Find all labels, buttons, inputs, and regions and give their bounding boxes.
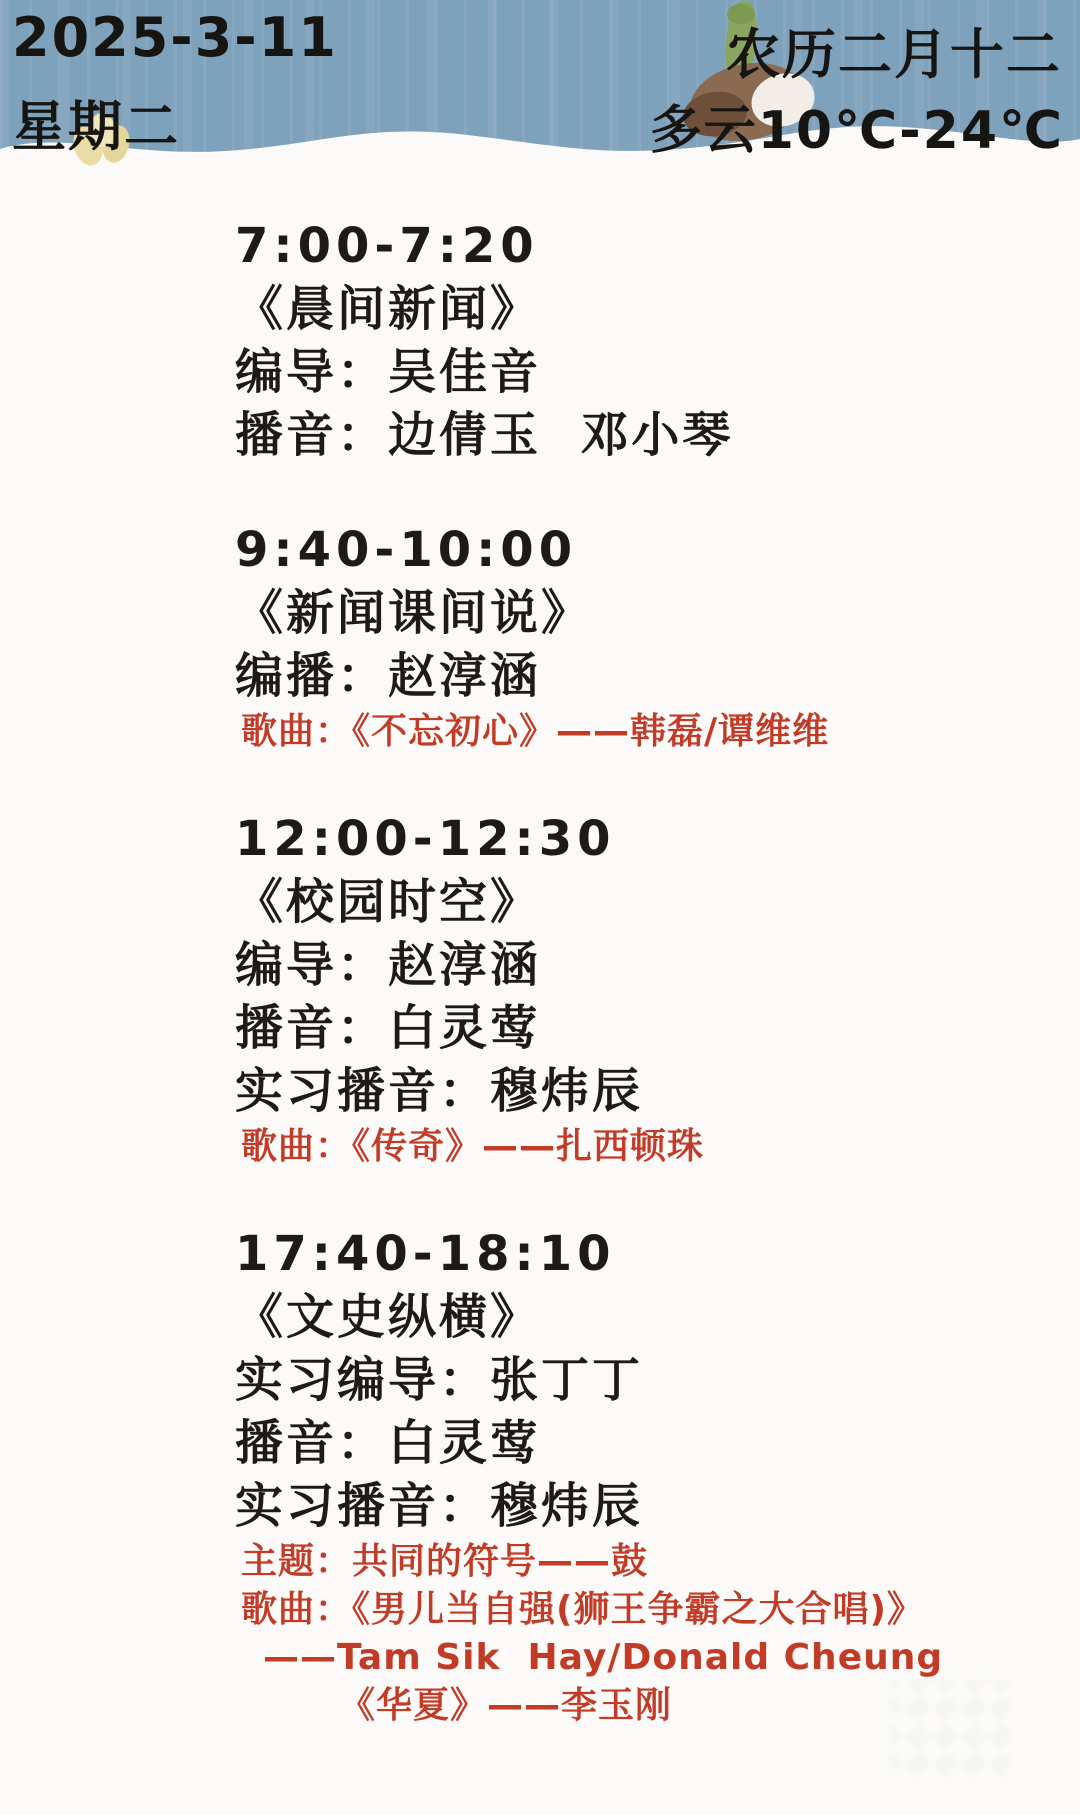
program-time: 17:40-18:10 <box>235 1223 1050 1286</box>
header-date: 2025-3-11 <box>12 6 338 69</box>
program-crew: 实习编导：张丁丁 <box>235 1349 1050 1412</box>
program-song: 歌曲：《男儿当自强(狮王争霸之大合唱)》 <box>241 1586 1050 1634</box>
schedule-block-history-culture: 17:40-18:10 《文史纵横》 实习编导：张丁丁 播音：白灵莺 实习播音：… <box>235 1223 1050 1730</box>
program-song-artists: ——Tam Sik Hay/Donald Cheung <box>263 1634 1050 1682</box>
program-time: 7:00-7:20 <box>235 215 1050 278</box>
program-crew: 实习播音：穆炜辰 <box>235 1060 1050 1123</box>
program-crew: 编导：赵淳涵 <box>235 934 1050 997</box>
program-song: 歌曲：《不忘初心》——韩磊/谭维维 <box>241 708 1050 756</box>
schedule-block-news-break: 9:40-10:00 《新闻课间说》 编播：赵淳涵 歌曲：《不忘初心》——韩磊/… <box>235 519 1050 756</box>
program-title: 《晨间新闻》 <box>235 278 1050 341</box>
program-crew: 播音：白灵莺 <box>235 1412 1050 1475</box>
program-song: 《华夏》——李玉刚 <box>339 1682 1050 1730</box>
program-title: 《新闻课间说》 <box>235 582 1050 645</box>
header-lunar-date: 农历二月十二 <box>726 12 1062 89</box>
program-time: 12:00-12:30 <box>235 808 1050 871</box>
schedule-block-morning-news: 7:00-7:20 《晨间新闻》 编导：吴佳音 播音：边倩玉 邓小琴 <box>235 215 1050 467</box>
program-crew: 实习播音：穆炜辰 <box>235 1475 1050 1538</box>
program-title: 《文史纵横》 <box>235 1286 1050 1349</box>
program-crew: 播音：边倩玉 邓小琴 <box>235 404 1050 467</box>
program-song: 歌曲：《传奇》——扎西顿珠 <box>241 1123 1050 1171</box>
schedule-list: 7:00-7:20 《晨间新闻》 编导：吴佳音 播音：边倩玉 邓小琴 9:40-… <box>0 0 1080 1730</box>
program-crew: 编播：赵淳涵 <box>235 645 1050 708</box>
program-crew: 播音：白灵莺 <box>235 997 1050 1060</box>
schedule-block-campus-time: 12:00-12:30 《校园时空》 编导：赵淳涵 播音：白灵莺 实习播音：穆炜… <box>235 808 1050 1171</box>
program-title: 《校园时空》 <box>235 871 1050 934</box>
header-weekday: 星期二 <box>12 84 180 161</box>
program-theme: 主题：共同的符号——鼓 <box>241 1538 1050 1586</box>
program-time: 9:40-10:00 <box>235 519 1050 582</box>
header-weather: 多云10℃-24℃ <box>650 88 1064 163</box>
program-crew: 编导：吴佳音 <box>235 341 1050 404</box>
